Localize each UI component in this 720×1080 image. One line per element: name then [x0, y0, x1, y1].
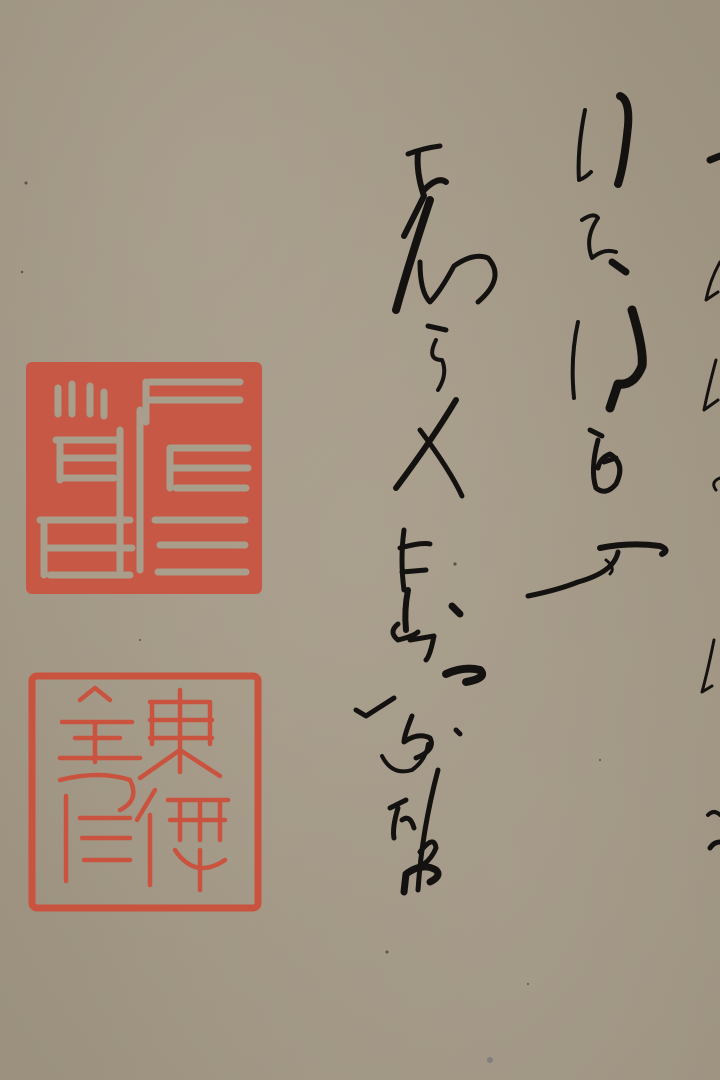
calligraphy-ink	[0, 0, 720, 1080]
ink-column-signature	[356, 146, 495, 892]
ink-column-right-edge	[702, 156, 720, 848]
ink-column-middle	[528, 96, 666, 596]
scroll-paper: calligraphy-scroll	[0, 0, 720, 1080]
